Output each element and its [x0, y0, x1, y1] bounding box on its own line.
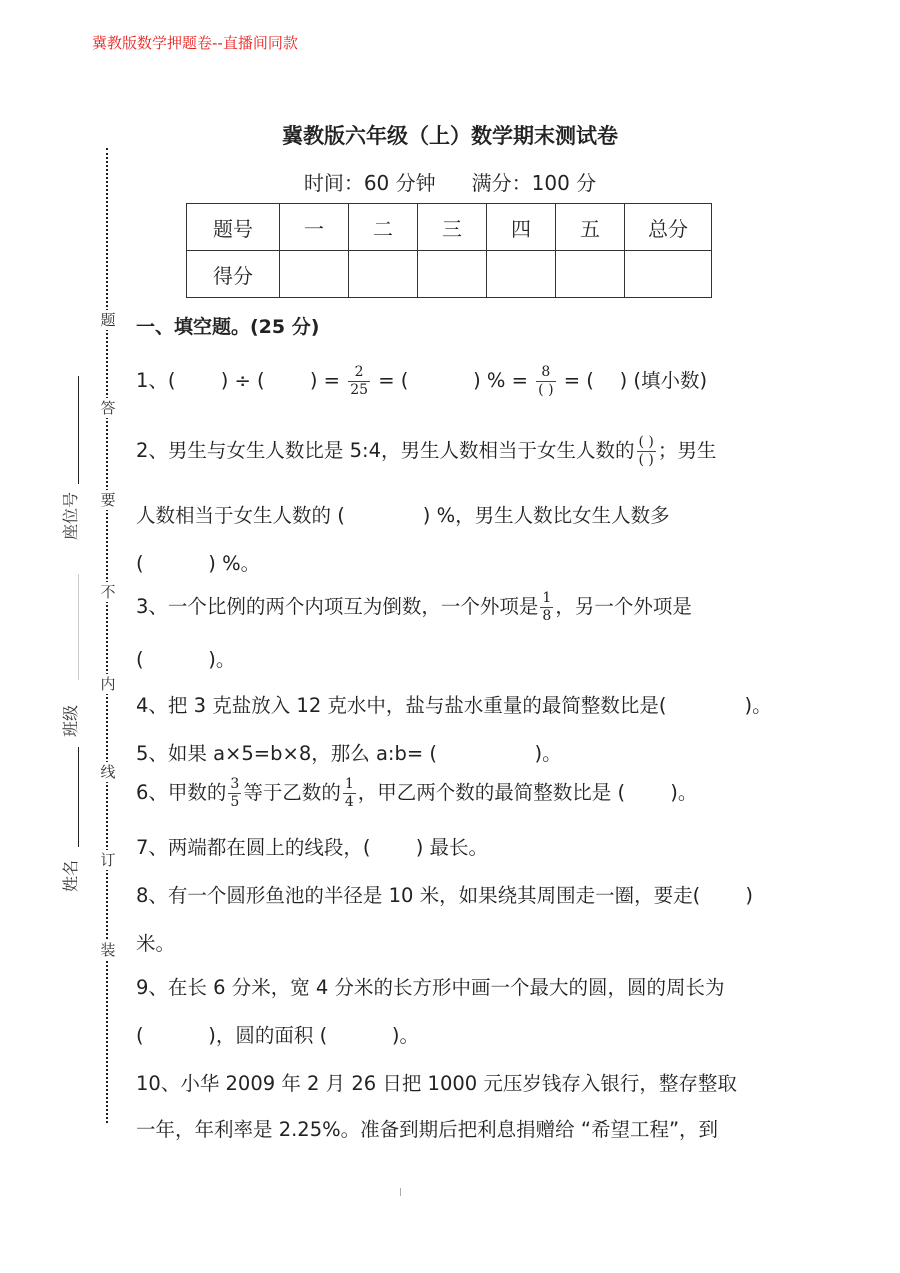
margin-char: 装 [98, 940, 118, 960]
question-2-line2: 人数相当于女生人数的 ( ) %，男生人数比女生人数多 [136, 500, 670, 528]
class-field[interactable] [78, 574, 79, 680]
margin-char: 线 [98, 762, 118, 782]
scan-speck [400, 1188, 401, 1196]
question-2-line1: 2、男生与女生人数比是 5:4，男生人数相当于女生人数的( )( )；男生 [136, 434, 716, 469]
full-score: 满分：100 分 [472, 171, 597, 195]
question-7: 7、两端都在圆上的线段，( ) 最长。 [136, 832, 488, 860]
header-cell: 一 [280, 204, 349, 251]
margin-char: 不 [98, 582, 118, 602]
margin-char: 答 [98, 398, 118, 418]
margin-char: 要 [98, 490, 118, 510]
margin-char: 题 [98, 310, 118, 330]
name-label: 姓名 [58, 860, 81, 892]
row-label: 得分 [187, 251, 280, 298]
seat-number-field[interactable] [78, 376, 79, 484]
score-cell-total[interactable] [625, 251, 712, 298]
margin-char: 订 [98, 850, 118, 870]
question-1: 1、( ) ÷ ( ) = 225 = ( ) % = 8( ) = ( ) (… [136, 364, 707, 399]
question-6: 6、甲数的35等于乙数的14，甲乙两个数的最简整数比是 ( )。 [136, 776, 697, 811]
name-field[interactable] [78, 747, 79, 847]
score-cell[interactable] [556, 251, 625, 298]
question-8-line2: 米。 [136, 928, 175, 956]
seat-number-label: 座位号 [58, 492, 81, 540]
fraction: 18 [540, 590, 553, 625]
question-9-line1: 9、在长 6 分米，宽 4 分米的长方形中画一个最大的圆，圆的周长为 [136, 972, 725, 1000]
score-cell[interactable] [280, 251, 349, 298]
header-cell: 二 [349, 204, 418, 251]
question-5: 5、如果 a×5=b×8，那么 a:b= ( )。 [136, 738, 562, 766]
margin-char: 内 [98, 674, 118, 694]
question-10-line1: 10、小华 2009 年 2 月 26 日把 1000 元压岁钱存入银行，整存整… [136, 1068, 737, 1096]
binding-dotted-line [106, 148, 108, 1123]
watermark-banner: 冀教版数学押题卷--直播间同款 [92, 32, 298, 53]
header-cell: 题号 [187, 204, 280, 251]
score-table-header-row: 题号 一 二 三 四 五 总分 [187, 204, 712, 251]
fraction: 8( ) [536, 364, 555, 399]
question-9-line2: ( )，圆的面积 ( )。 [136, 1020, 419, 1048]
score-cell[interactable] [418, 251, 487, 298]
fraction: 35 [228, 776, 241, 811]
page-title: 冀教版六年级（上）数学期末测试卷 [0, 120, 900, 150]
fraction: 225 [348, 364, 370, 399]
score-table-score-row: 得分 [187, 251, 712, 298]
question-4: 4、把 3 克盐放入 12 克水中，盐与盐水重量的最简整数比是( )。 [136, 690, 772, 718]
question-2-line3: ( ) %。 [136, 548, 260, 576]
question-10-line2: 一年，年利率是 2.25%。准备到期后把利息捐赠给 “希望工程”，到 [136, 1114, 718, 1142]
fraction: 14 [343, 776, 356, 811]
score-cell[interactable] [487, 251, 556, 298]
section-heading-fill-in: 一、填空题。(25 分) [136, 312, 319, 339]
exam-info: 时间：60 分钟满分：100 分 [0, 167, 900, 196]
question-3-line2: ( )。 [136, 644, 235, 672]
time-limit: 时间：60 分钟 [304, 171, 436, 195]
question-3-line1: 3、一个比例的两个内项互为倒数，一个外项是18，另一个外项是 [136, 590, 692, 625]
header-cell: 总分 [625, 204, 712, 251]
class-label: 班级 [58, 705, 81, 737]
header-cell: 五 [556, 204, 625, 251]
score-cell[interactable] [349, 251, 418, 298]
question-8-line1: 8、有一个圆形鱼池的半径是 10 米，如果绕其周围走一圈，要走( ) [136, 880, 753, 908]
header-cell: 四 [487, 204, 556, 251]
fraction: ( )( ) [637, 434, 656, 469]
score-table: 题号 一 二 三 四 五 总分 得分 [186, 203, 712, 298]
header-cell: 三 [418, 204, 487, 251]
